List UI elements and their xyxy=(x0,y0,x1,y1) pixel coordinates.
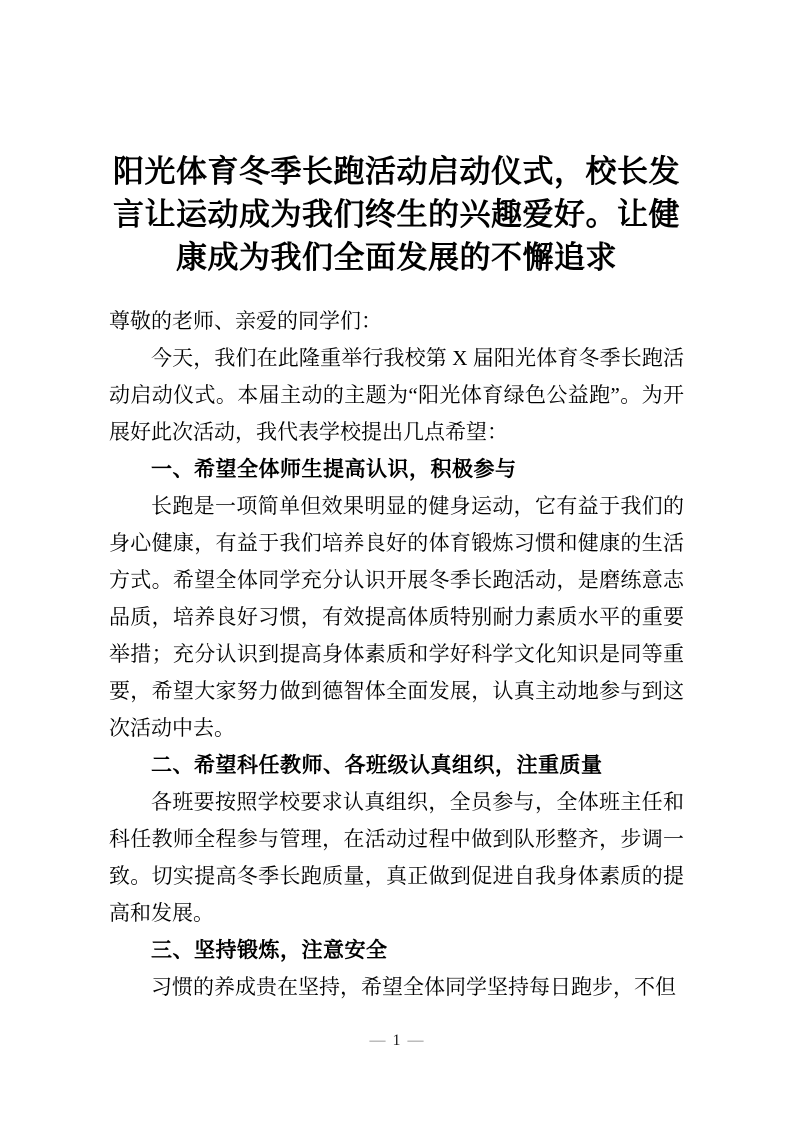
document-content: 阳光体育冬季长跑活动启动仪式，校长发言让运动成为我们终生的兴趣爱好。让健康成为我… xyxy=(109,150,684,1006)
section-heading-1: 一、希望全体师生提高认识，积极参与 xyxy=(109,451,684,488)
intro-paragraph: 今天，我们在此隆重举行我校第 X 届阳光体育冬季长跑活动启动仪式。本届主动的主题… xyxy=(109,340,684,451)
section-heading-3: 三、坚持锻炼，注意安全 xyxy=(109,932,684,969)
page-footer: —1— xyxy=(0,1031,793,1051)
section-paragraph-1: 长跑是一项简单但效果明显的健身运动，它有益于我们的身心健康，有益于我们培养良好的… xyxy=(109,488,684,747)
section-heading-2: 二、希望科任教师、各班级认真组织，注重质量 xyxy=(109,747,684,784)
page-number: 1 xyxy=(393,1032,401,1049)
section-paragraph-3: 习惯的养成贵在坚持，希望全体同学坚持每日跑步，不但 xyxy=(109,969,684,1006)
greeting-line: 尊敬的老师、亲爱的同学们： xyxy=(109,303,684,340)
document-page: 阳光体育冬季长跑活动启动仪式，校长发言让运动成为我们终生的兴趣爱好。让健康成为我… xyxy=(0,0,793,1122)
document-title: 阳光体育冬季长跑活动启动仪式，校长发言让运动成为我们终生的兴趣爱好。让健康成为我… xyxy=(109,150,684,279)
footer-left-dash: — xyxy=(363,1032,393,1049)
document-body: 尊敬的老师、亲爱的同学们： 今天，我们在此隆重举行我校第 X 届阳光体育冬季长跑… xyxy=(109,303,684,1006)
footer-right-dash: — xyxy=(401,1032,431,1049)
section-paragraph-2: 各班要按照学校要求认真组织，全员参与，全体班主任和科任教师全程参与管理，在活动过… xyxy=(109,784,684,932)
